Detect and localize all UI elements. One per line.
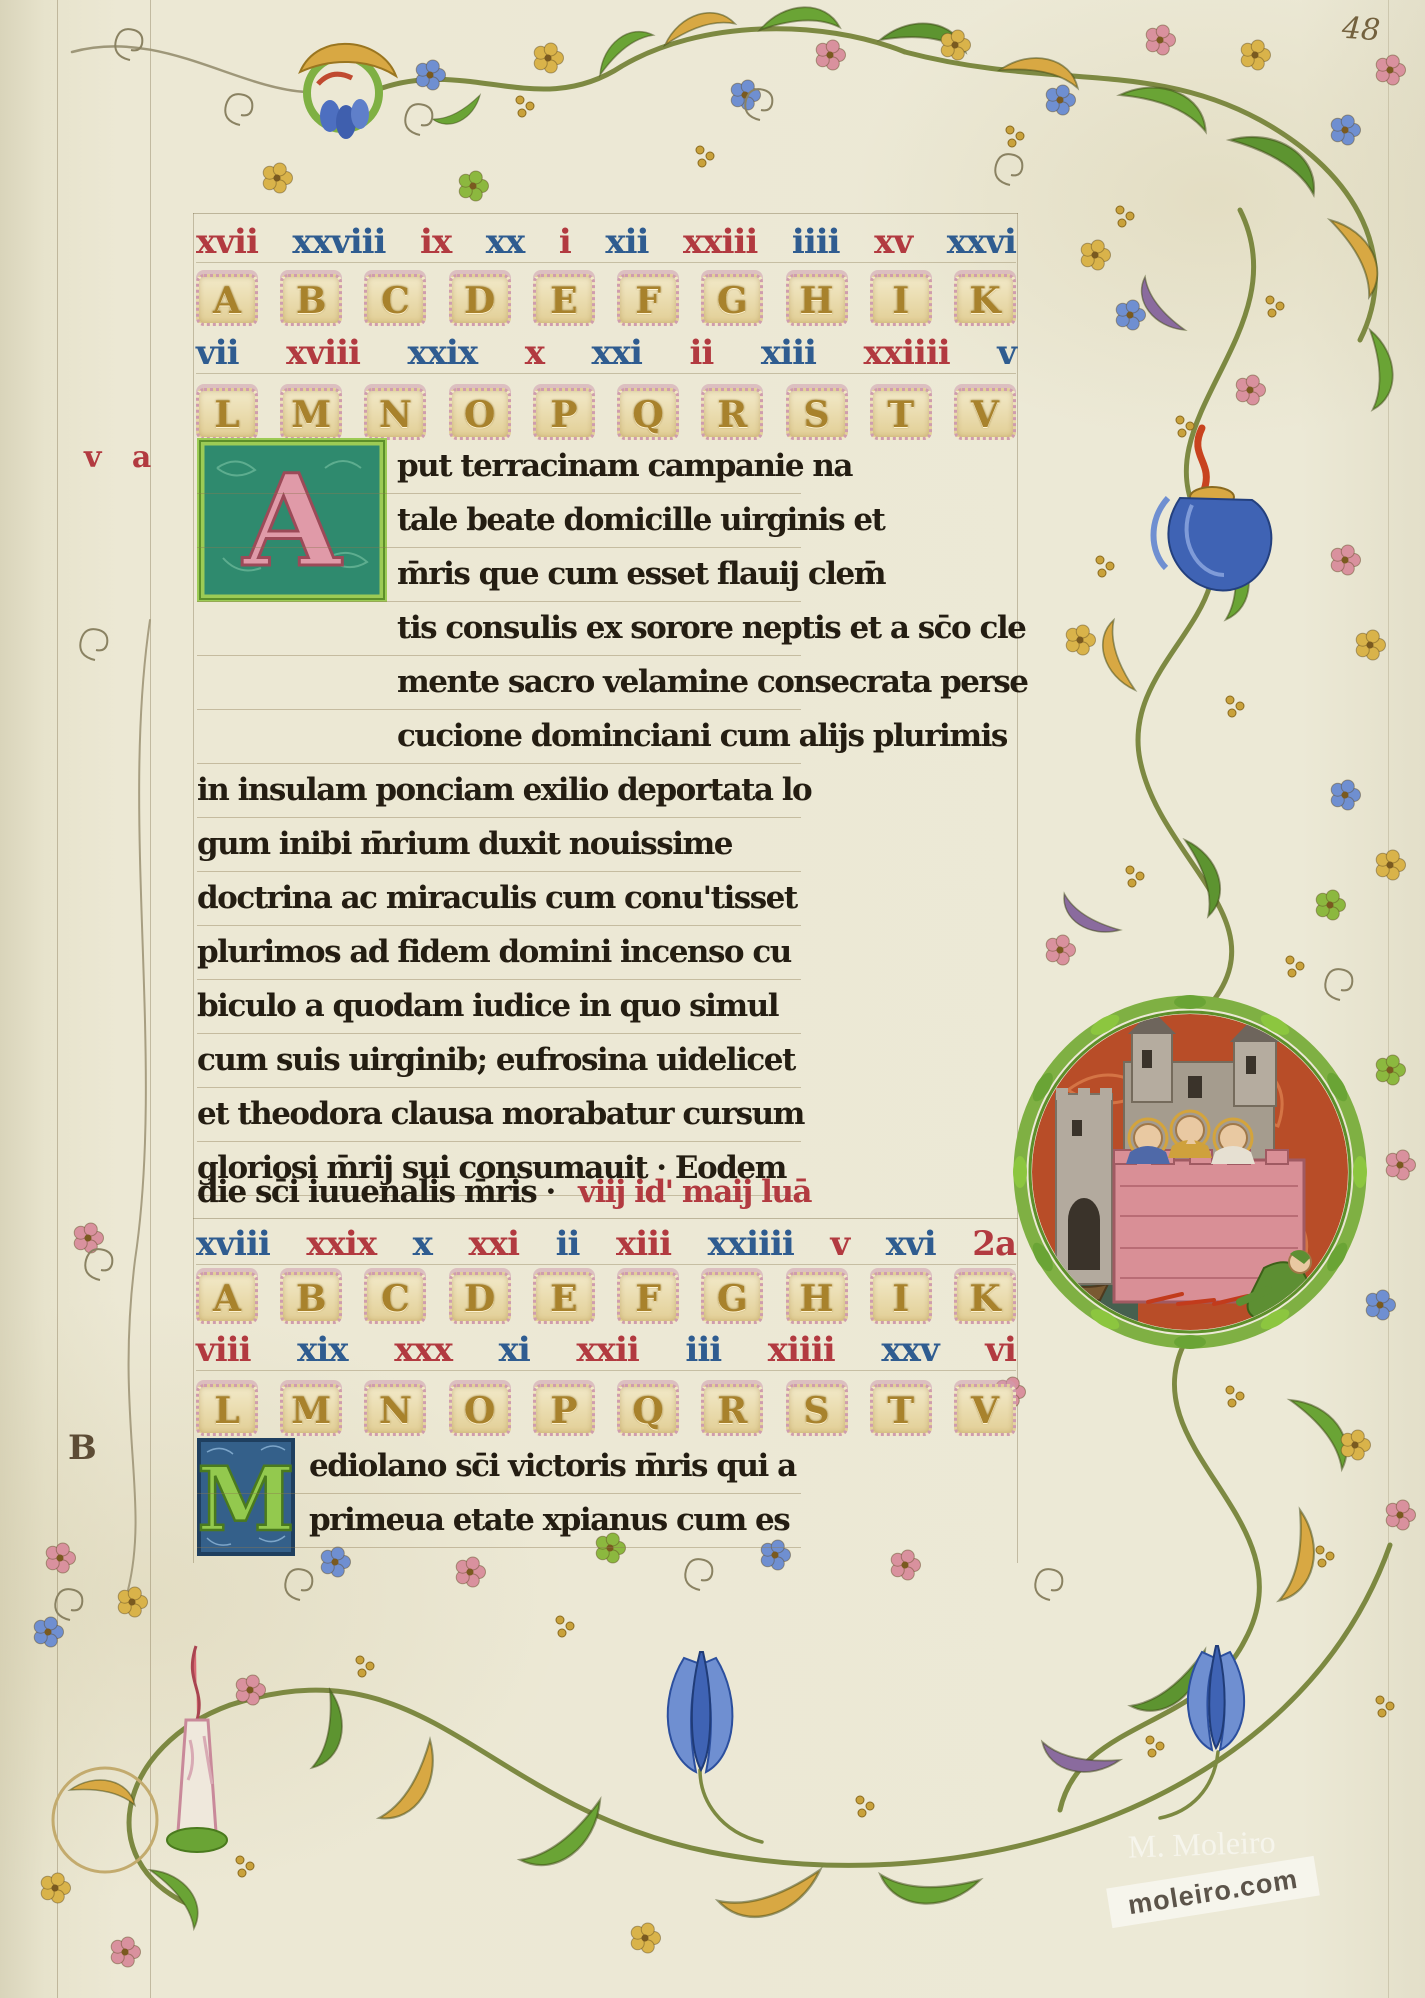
gold-bezant [1178, 429, 1186, 437]
gold-bezant [1296, 962, 1304, 970]
acanthus-leaf [716, 1870, 826, 1923]
penwork-spiral [1325, 969, 1352, 1000]
wreath-leaf [1174, 1335, 1206, 1349]
numeral: xi [499, 1330, 530, 1370]
gold-bezant [1286, 956, 1294, 964]
gold-letter: T [870, 388, 932, 440]
miniature-roundel [1028, 1010, 1352, 1334]
margin-note: v a [84, 440, 161, 475]
numeral: xiiii [768, 1330, 835, 1370]
penwork-spiral [285, 1569, 312, 1600]
gold-bezant [698, 159, 706, 167]
numeral: vi [985, 1330, 1016, 1370]
text-line: primeua etate xpianus cum es [197, 1494, 801, 1548]
gold-bezant [356, 1656, 364, 1664]
numeral: xii [605, 222, 648, 262]
gold-letter: B [280, 274, 342, 326]
penwork-spiral [685, 1559, 712, 1590]
gold-bezant [1226, 696, 1234, 704]
watermark-publisher: M. Moleiro [1127, 1823, 1276, 1865]
gold-bezant [556, 1616, 564, 1624]
gold-letter: D [449, 274, 511, 326]
text-line: ediolano sc̄i victoris m̄ris qui a [197, 1440, 801, 1494]
border-flower [236, 1675, 265, 1705]
acanthus-leaf [371, 1740, 454, 1831]
acanthus-leaf [1330, 210, 1387, 301]
gold-letter: O [449, 388, 511, 440]
penwork-spiral [225, 94, 252, 125]
text-line: plurimos ad fidem domini incenso cu [197, 926, 801, 980]
gold-bezant [1316, 1546, 1324, 1554]
border-flower [1376, 1055, 1405, 1085]
numeral: xxii [576, 1330, 638, 1370]
acanthus-leaf [1363, 330, 1397, 411]
gold-letter: L [196, 1384, 258, 1436]
numeral: xxiiii [708, 1224, 794, 1264]
virgin-figures [1126, 1111, 1255, 1164]
gold-letter: T [870, 1384, 932, 1436]
border-flower [1331, 115, 1360, 145]
gold-letter: V [954, 388, 1016, 440]
gold-bezant [1226, 1386, 1234, 1394]
gold-letter: I [870, 1272, 932, 1324]
gold-bezant [1276, 302, 1284, 310]
numeral: xxiii [683, 222, 757, 262]
trumpet-flower [1154, 428, 1272, 590]
text-line: cucione dominciani cum alijs plurimis [197, 710, 801, 764]
gold-letter: E [533, 274, 595, 326]
gold-bezant [1378, 1709, 1386, 1717]
gold-letter: R [701, 1384, 763, 1436]
text-line: et theodora clausa morabatur cursum [197, 1088, 801, 1142]
gold-letter: V [954, 1384, 1016, 1436]
numeral: xx [486, 222, 525, 262]
numeral: xxv [881, 1330, 938, 1370]
numeral: xviii [286, 333, 360, 373]
numeral: xxix [306, 1224, 376, 1264]
text-line: doctrina ac miraculis cum conu'tisset [197, 872, 801, 926]
border-flower [41, 1873, 70, 1903]
corner-knot-flower [300, 44, 396, 139]
numeral: vii [196, 333, 239, 373]
border-flower [1386, 1500, 1415, 1530]
border-flower [321, 1547, 350, 1577]
gold-letter: K [954, 274, 1016, 326]
numeral: ix [420, 222, 451, 262]
folio-number: 48 [1341, 11, 1382, 49]
gold-letter: A [196, 274, 258, 326]
gold-letter: C [364, 1272, 426, 1324]
gold-letter: C [364, 274, 426, 326]
gold-letter: N [364, 1384, 426, 1436]
gold-bezant [1266, 296, 1274, 304]
numeral: xxvi [947, 222, 1016, 262]
gold-bezant [1318, 1559, 1326, 1567]
numeral: xvi [886, 1224, 936, 1264]
gold-bezant [1098, 569, 1106, 577]
rubric-date: viij id' maij luā [578, 1174, 811, 1210]
gold-bezant [1268, 309, 1276, 317]
numeral: x [525, 333, 544, 373]
gold-letter: A [196, 1272, 258, 1324]
border-flower [1366, 1290, 1395, 1320]
manuscript-page: 48 v a B xviixxviiiixxxixiixxiiiiiiixvxx… [0, 0, 1425, 1998]
gold-bezant [1176, 416, 1184, 424]
penwork-spiral [115, 29, 142, 60]
penwork-spiral [405, 104, 432, 135]
candle-ornament [53, 1646, 227, 1872]
gold-bezant [358, 1669, 366, 1677]
gold-letter: Q [617, 388, 679, 440]
border-flower [1331, 780, 1360, 810]
text-line: tale beate domicille uirginis et [197, 494, 801, 548]
gold-bezant [1126, 212, 1134, 220]
acanthus-leaf [1268, 1510, 1329, 1607]
gold-bezant [1146, 1736, 1154, 1744]
gold-bezant [516, 96, 524, 104]
acanthus-leaf [877, 1863, 980, 1913]
border-flower [1316, 890, 1345, 920]
text-line: gum inibi m̄rium duxit nouissime [197, 818, 801, 872]
gold-bezant [566, 1622, 574, 1630]
numeral: xix [297, 1330, 347, 1370]
golden-number-row: viiixixxxxxixxiiiiixiiiixxvvi [196, 1330, 1016, 1371]
entry-last-line: die sc̄i iuuenalis m̄ris · viij id' maij… [197, 1168, 1017, 1218]
border-flower [456, 1557, 485, 1587]
gold-bezant [1236, 702, 1244, 710]
gold-letter: H [786, 1272, 848, 1324]
gold-letter: R [701, 388, 763, 440]
golden-number-row: xviiixxixxxxiiixiiixxiiiivxvi2a [196, 1224, 1016, 1265]
penwork-spiral [85, 1249, 112, 1280]
penwork-spiral [80, 629, 107, 660]
numeral: xxviii [292, 222, 385, 262]
border-flower [1241, 40, 1270, 70]
dominical-letter-row: LMNOPQRSTV [196, 388, 1016, 440]
acanthus-leaf [1098, 619, 1135, 695]
numeral: xxx [394, 1330, 452, 1370]
wreath-leaf [1353, 1156, 1367, 1188]
gold-letter: H [786, 274, 848, 326]
penwork-spiral [55, 1589, 82, 1620]
penwork-spiral [995, 154, 1022, 185]
gold-letter: I [870, 274, 932, 326]
gold-letter: P [533, 1384, 595, 1436]
dominical-letter-row: ABCDEFGHIK [196, 1272, 1016, 1324]
gold-bezant [1118, 219, 1126, 227]
numeral: v [997, 333, 1016, 373]
gold-bezant [238, 1869, 246, 1877]
gold-letter: F [617, 274, 679, 326]
gold-bezant [1228, 709, 1236, 717]
gold-bezant [246, 1862, 254, 1870]
text-line: mente sacro velamine consecrata perse [197, 656, 801, 710]
gold-bezant [1236, 1392, 1244, 1400]
gold-bezant [1016, 132, 1024, 140]
border-flower [1356, 630, 1385, 660]
penwork-spiral [1035, 1569, 1062, 1600]
gold-bezant [518, 109, 526, 117]
numeral: xiii [616, 1224, 671, 1264]
border-flower [1376, 55, 1405, 85]
border-flower [1046, 85, 1075, 115]
gold-letter: N [364, 388, 426, 440]
acanthus-leaf [1120, 68, 1216, 141]
border-flower [1116, 300, 1145, 330]
numeral: xxiiii [863, 333, 949, 373]
gold-letter: P [533, 388, 595, 440]
numeral: 2a [972, 1224, 1016, 1264]
golden-number-row: xviixxviiiixxxixiixxiiiiiiixvxxvi [196, 222, 1016, 263]
gold-letter: M [280, 388, 342, 440]
gold-bezant [366, 1662, 374, 1670]
gold-bezant [856, 1796, 864, 1804]
border-flower [1386, 1150, 1415, 1180]
wreath-leaf [1174, 995, 1206, 1009]
text-line: m̄ris que cum esset flauij clem̄ [197, 548, 801, 602]
gold-bezant [236, 1856, 244, 1864]
acanthus-leaf [661, 8, 737, 45]
gold-bezant [1228, 1399, 1236, 1407]
gold-bezant [706, 152, 714, 160]
numeral: xxi [469, 1224, 519, 1264]
gold-bezant [1006, 126, 1014, 134]
text-line: die sc̄i iuuenalis m̄ris · [197, 1174, 555, 1210]
gold-bezant [1008, 139, 1016, 147]
tulip-flower [668, 1652, 733, 1772]
border-flower [263, 163, 292, 193]
numeral: xvii [196, 222, 258, 262]
numeral: iiii [792, 222, 840, 262]
tulip-flower [1188, 1646, 1244, 1750]
gold-bezant [1126, 866, 1134, 874]
acanthus-leaf [303, 1690, 355, 1774]
border-flower [1046, 935, 1075, 965]
border-flower [631, 1923, 660, 1953]
border-flower [111, 1937, 140, 1967]
gold-bezant [1106, 562, 1114, 570]
gold-bezant [1326, 1552, 1334, 1560]
gold-letter: L [196, 388, 258, 440]
border-flower [1341, 1430, 1370, 1460]
dominical-letter-row: ABCDEFGHIK [196, 274, 1016, 326]
golden-number-row: viixviiixxixxxxiiixiiixxiiiiv [196, 333, 1016, 374]
border-flower [1236, 375, 1265, 405]
numeral: viii [196, 1330, 251, 1370]
gold-letter: F [617, 1272, 679, 1324]
border-flower [1081, 240, 1110, 270]
gold-bezant [1156, 1742, 1164, 1750]
acanthus-leaf [514, 1800, 616, 1878]
gold-letter: E [533, 1272, 595, 1324]
acanthus-leaf [1133, 273, 1185, 341]
gold-bezant [696, 146, 704, 154]
gold-letter: B [280, 1272, 342, 1324]
acanthus-leaf [430, 95, 486, 130]
gold-bezant [526, 102, 534, 110]
gold-letter: G [701, 274, 763, 326]
gold-letter: Q [617, 1384, 679, 1436]
numeral: i [559, 222, 571, 262]
gold-bezant [1186, 422, 1194, 430]
text-line: put terracinam campanie na [197, 440, 801, 494]
border-flower [941, 30, 970, 60]
border-flower [1376, 850, 1405, 880]
text-line: tis consulis ex sorore neptis et a sc̄o … [197, 602, 801, 656]
numeral: v [830, 1224, 849, 1264]
numeral: xxi [592, 333, 642, 373]
text-line: biculo a quodam iudice in quo simul [197, 980, 801, 1034]
gold-bezant [1136, 872, 1144, 880]
gold-bezant [1096, 556, 1104, 564]
border-flower [118, 1587, 147, 1617]
border-flower [1331, 545, 1360, 575]
numeral: xviii [196, 1224, 270, 1264]
numeral: iii [685, 1330, 721, 1370]
numeral: xiii [761, 333, 816, 373]
gold-bezant [1386, 1702, 1394, 1710]
gold-letter: K [954, 1272, 1016, 1324]
gold-letter: G [701, 1272, 763, 1324]
acanthus-leaf [1290, 1386, 1358, 1475]
gold-letter: O [449, 1384, 511, 1436]
border-flower [534, 43, 563, 73]
numeral: xv [874, 222, 912, 262]
dominical-letter-row: LMNOPQRSTV [196, 1384, 1016, 1436]
gold-bezant [1128, 879, 1136, 887]
acanthus-leaf [150, 1858, 208, 1933]
border-flower [816, 40, 845, 70]
border-flower [1146, 25, 1175, 55]
gold-bezant [1116, 206, 1124, 214]
border-flower [459, 171, 488, 201]
gold-letter: M [280, 1384, 342, 1436]
gold-bezant [1376, 1696, 1384, 1704]
gold-bezant [1288, 969, 1296, 977]
numeral: ii [690, 333, 714, 373]
gold-bezant [558, 1629, 566, 1637]
text-line: cum suis uirginib; eufrosina uidelicet [197, 1034, 801, 1088]
entry-text-block: put terracinam campanie natale beate dom… [197, 440, 801, 1196]
gold-bezant [858, 1809, 866, 1817]
border-flower [46, 1543, 75, 1573]
acanthus-leaf [1036, 1733, 1120, 1785]
border-flower [416, 60, 445, 90]
numeral: x [413, 1224, 432, 1264]
numeral: ii [556, 1224, 580, 1264]
border-flower [891, 1550, 920, 1580]
numeral: xxix [407, 333, 477, 373]
entry-text-block: ediolano sc̄i victoris m̄ris qui aprimeu… [197, 1440, 801, 1548]
gold-letter: S [786, 388, 848, 440]
text-line: in insulam ponciam exilio deportata lo [197, 764, 801, 818]
gold-bezant [1148, 1749, 1156, 1757]
gold-letter: S [786, 1384, 848, 1436]
border-flower [34, 1617, 63, 1647]
margin-note: B [68, 1428, 97, 1468]
border-flower [1066, 625, 1095, 655]
gold-bezant [866, 1802, 874, 1810]
gold-letter: D [449, 1272, 511, 1324]
